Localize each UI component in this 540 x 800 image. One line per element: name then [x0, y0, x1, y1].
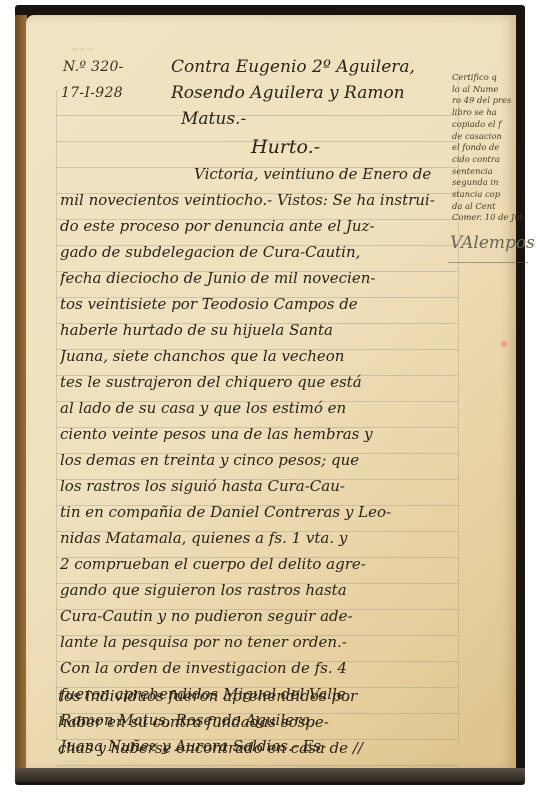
body-line: al lado de su casa y que los estimó en	[60, 399, 460, 417]
margin-signature: VAlempos	[450, 233, 535, 253]
margin-note-line: ro 49 del pres	[452, 95, 540, 107]
body-line: Juana, siete chanchos que la vecheon	[60, 347, 460, 365]
body-line: gado de subdelegacion de Cura-Cautin,	[60, 243, 460, 261]
case-date: 17-I-928	[61, 85, 123, 101]
book-bottom-edge	[15, 768, 525, 782]
pencil-mark: ~~~	[71, 45, 94, 55]
margin-note-line: libro se ha	[452, 107, 540, 119]
red-light-spot	[501, 341, 507, 347]
margin-note-line: stancia cop	[452, 189, 540, 201]
body-line: los demas en treinta y cinco pesos; que	[60, 451, 460, 469]
margin-note-line: sentencia	[452, 166, 540, 178]
margin-note-line: segunda in	[452, 177, 540, 189]
document-title: Hurto.-	[251, 136, 320, 158]
margin-note-line: lo al Nume	[452, 84, 540, 96]
body-line: fecha dieciocho de Junio de mil novecien…	[60, 269, 460, 287]
body-line: mil novecientos veintiocho.- Vistos: Se …	[60, 191, 460, 209]
body-line: 2 comprueban el cuerpo del delito agre-	[60, 555, 460, 573]
body-line: tin en compañia de Daniel Contreras y Le…	[60, 503, 460, 521]
case-number: N.º 320-	[63, 59, 124, 75]
body-line: nidas Matamala, quienes a fs. 1 vta. y	[60, 529, 460, 547]
body-line: gando que siguieron los rastros hasta	[60, 581, 460, 599]
body-line: lante la pesquisa por no tener orden.-	[60, 633, 460, 651]
margin-note-line: Certifico q	[452, 72, 540, 84]
margin-note-line: da al Cent	[452, 201, 540, 213]
body-line: haberle hurtado de su hijuela Santa	[60, 321, 460, 339]
ledger-page: ~~~ N.º 320- 17-I-928 Contra Eugenio 2º …	[26, 15, 516, 770]
body-line: Con la orden de investigacion de fs. 4	[60, 659, 460, 677]
body-line: haber en su contra fundadas sospe-	[58, 713, 458, 731]
margin-note-line: el fondo de	[452, 142, 540, 154]
body-line: ciento veinte pesos una de las hembras y	[60, 425, 460, 443]
body-line: Cura-Cautin y no pudieron seguir ade-	[60, 607, 460, 625]
margin-note-line: de casacion	[452, 131, 540, 143]
margin-note-line: copiado el f	[452, 119, 540, 131]
margin-note-line: Comer. 10 de Jul.	[452, 212, 540, 224]
body-line: tes le sustrajeron del chiquero que está	[60, 373, 460, 391]
body-line: chas y haberse encontrado en casa de //	[58, 739, 458, 757]
body-line: los rastros los siguió hasta Cura-Cau-	[60, 477, 460, 495]
margin-note-line: cido contra	[452, 154, 540, 166]
signature-underline	[448, 262, 528, 263]
margin-certification-note: Certifico q lo al Nume ro 49 del pres li…	[452, 72, 540, 224]
body-line: tos veintisiete por Teodosio Campos de	[60, 295, 460, 313]
body-line: do este proceso por denuncia ante el Juz…	[60, 217, 460, 235]
body-line: tos individuos fueron aprehendidos por	[58, 687, 458, 705]
